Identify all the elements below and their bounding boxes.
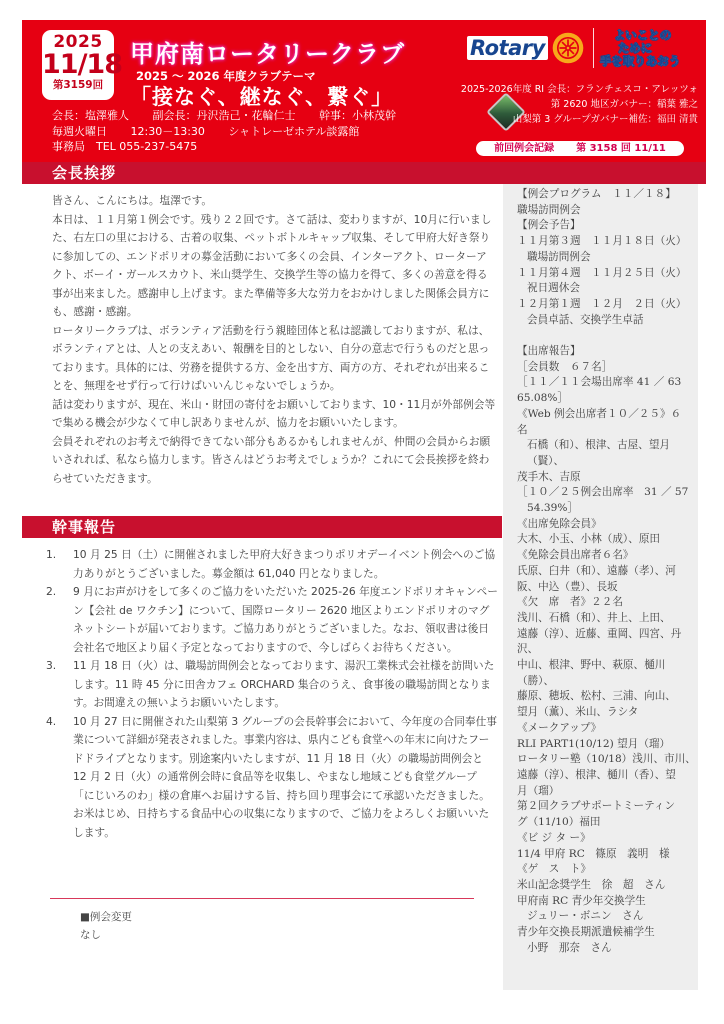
sidebar-line: 石橋（和）、根津、古屋、望月（賢）、 xyxy=(517,438,698,469)
logo-divider xyxy=(593,28,594,68)
meeting-number: 第3159回 xyxy=(42,78,114,92)
date-badge: 2025 11/18 第3159回 xyxy=(42,30,114,100)
sidebar-line: 大木、小玉、小林（成）、原田 xyxy=(517,532,698,548)
sidebar-line: 氏原、臼井（和）、遠藤（孝）、河 xyxy=(517,564,698,580)
sidebar-line: 会員卓話、交換学生卓話 xyxy=(517,313,698,329)
sidebar-line: ロータリー塾（10/18）浅川、市川、 xyxy=(517,752,698,768)
report-item: 4. 10 月 27 日に開催された山梨第 3 グループの会長幹事会において、今… xyxy=(46,713,498,843)
rotary-slogan: よいことの ために 手を取りあおう xyxy=(600,29,681,68)
sidebar-line: 第２回クラブサポートミーティン xyxy=(517,799,698,815)
greeting-paragraph: 会員それぞれのお考えで納得できてない部分もあるかもしれませんが、仲間の会員からお… xyxy=(52,433,497,489)
ri-president: 2025-2026年度 RI 会長：フランチェスコ・アレッツォ xyxy=(461,82,698,97)
sidebar-line: 65.08%］ xyxy=(517,391,698,407)
sidebar-line: 《欠 席 者》２２名 xyxy=(517,595,698,611)
rotary-logo: Rotary よいことの ために 手を取りあおう xyxy=(467,28,680,68)
sidebar-line: 【例会プログラム １１／１８】 xyxy=(517,187,698,203)
sidebar-line: 祝日週休会 xyxy=(517,281,698,297)
sidebar-line: 《出席免除会員》 xyxy=(517,517,698,533)
report-item: 3. 11 月 18 日（火）は、職場訪問例会となっております、湯沢工業株式会社… xyxy=(46,657,498,713)
date-month-day: 11/18 xyxy=(42,51,114,78)
sidebar-line: 青少年交換長期派遣候補学生 xyxy=(517,925,698,941)
sidebar-line: １１月第４週 １１月２５日（火） xyxy=(517,266,698,282)
club-theme: 「接なぐ、継なぐ、繋ぐ」 xyxy=(130,81,393,111)
greeting-paragraph: ロータリークラブは、ボランティア活動を行う親睦団体と私は認識しておりますが、私は… xyxy=(52,322,497,396)
ri-officers: 2025-2026年度 RI 会長：フランチェスコ・アレッツォ 第 2620 地… xyxy=(461,82,698,127)
meeting-day: 毎週火曜日 xyxy=(52,124,107,140)
sidebar-line: ［１１／１１会場出席率 41 ／ 63 xyxy=(517,375,698,391)
sidebar-line: １２月第１週 １２月 ２日（火） xyxy=(517,297,698,313)
report-item: 1. 10 月 25 日（土）に開催されました甲府大好きまつりポリオデーイベント… xyxy=(46,546,498,583)
rotary-wheel-icon xyxy=(551,31,585,65)
sidebar-info-panel: 【例会プログラム １１／１８】職場訪問例会【例会予告】１１月第３週 １１月１８日… xyxy=(503,184,698,990)
sidebar-line: 藤原、穂坂、松村、三浦、向山、 xyxy=(517,689,698,705)
sidebar-line: 《ゲ ス ト》 xyxy=(517,862,698,878)
sidebar-line: 浅川、石橋（和）、井上、上田、 xyxy=(517,611,698,627)
sidebar-line: 《Web 例会出席者１０／２５》６ xyxy=(517,407,698,423)
president-greeting: 皆さん、こんにちは。塩澤です。 本日は、１１月第１例会です。残り２２回です。さて… xyxy=(52,192,497,488)
report-item: 2. 9 月にお声がけをして多くのご協力をいただいた 2025-26 年度エンド… xyxy=(46,583,498,657)
notice-body: なし xyxy=(80,926,132,944)
sidebar-line: 《メークアップ》 xyxy=(517,721,698,737)
president: 会長：塩澤雅人 xyxy=(52,108,129,124)
sidebar-line: 月（瑠） xyxy=(517,784,698,800)
greeting-paragraph: 皆さん、こんにちは。塩澤です。 xyxy=(52,192,497,211)
secretary-report-list: 1. 10 月 25 日（土）に開催されました甲府大好きまつりポリオデーイベント… xyxy=(46,546,498,842)
sidebar-line: 《免除会員出席者６名》 xyxy=(517,548,698,564)
meeting-change-notice: ■例会変更 なし xyxy=(80,908,132,944)
sidebar-line: 中山、根津、野中、萩原、樋川（勝）、 xyxy=(517,658,698,689)
office-phone: 事務局 TEL 055-237-5475 xyxy=(52,139,197,155)
newsletter-header: 2025 11/18 第3159回 甲府南ロータリークラブ 2025 ～ 202… xyxy=(22,20,706,162)
sidebar-line: 11/4 甲府 RC 篠原 義明 様 xyxy=(517,847,698,863)
sidebar-line: ジュリー・ボニン さん xyxy=(517,909,698,925)
sidebar-line: 阪、中込（豊）、長坂 xyxy=(517,580,698,596)
sidebar-line: ［会員数 ６７名］ xyxy=(517,360,698,376)
group-assistant-governor: 山梨第 3 グループガバナー補佐：福田 清貴 xyxy=(461,112,698,127)
officers-info: 会長：塩澤雅人 副会長：丹沢浩己・花輪仁士 幹事：小林茂幹 毎週火曜日 12:3… xyxy=(52,108,416,155)
sidebar-line: 甲府南 RC 青少年交換学生 xyxy=(517,894,698,910)
sidebar-line: 職場訪問例会 xyxy=(517,203,698,219)
greeting-paragraph: 話は変わりますが、現在、米山・財団の寄付をお願いしております、10・11月が外部… xyxy=(52,396,497,433)
section-divider xyxy=(50,898,474,899)
sidebar-line: 《ビ ジ タ ー》 xyxy=(517,831,698,847)
sidebar-line: 望月（薫）、米山、ラシタ xyxy=(517,705,698,721)
club-name: 甲府南ロータリークラブ xyxy=(130,34,405,69)
previous-meeting-record: 前回例会記録 第 3158 回 11/11 xyxy=(476,141,684,156)
sidebar-line: 茂手木、吉原 xyxy=(517,470,698,486)
sidebar-line: ［１０／２５例会出席率 31 ／ 57 xyxy=(517,485,698,501)
section-title-greeting: 会長挨拶 xyxy=(22,162,706,184)
vice-president: 副会長：丹沢浩己・花輪仁士 xyxy=(153,108,296,124)
sidebar-line: 54.39%］ xyxy=(517,501,698,517)
sidebar-line: 米山記念奨学生 徐 超 さん xyxy=(517,878,698,894)
notice-title: ■例会変更 xyxy=(80,908,132,926)
sidebar-line xyxy=(517,328,698,344)
section-title-secretary-report: 幹事報告 xyxy=(22,516,502,538)
sidebar-line: グ（11/10）福田 xyxy=(517,815,698,831)
meeting-venue: シャトレーゼホテル談露館 xyxy=(228,124,359,140)
sidebar-line: 名 xyxy=(517,423,698,439)
sidebar-line: RLI PART1(10/12) 望月（瑠） xyxy=(517,737,698,753)
rotary-wordmark: Rotary xyxy=(467,36,548,60)
sidebar-line: 【出席報告】 xyxy=(517,344,698,360)
secretary: 幹事：小林茂幹 xyxy=(319,108,396,124)
sidebar-line: 職場訪問例会 xyxy=(517,250,698,266)
sidebar-line: １１月第３週 １１月１８日（火） xyxy=(517,234,698,250)
meeting-time: 12:30－13:30 xyxy=(131,124,205,140)
greeting-paragraph: 本日は、１１月第１例会です。残り２２回です。さて話は、変わりますが、10月に行い… xyxy=(52,211,497,322)
sidebar-line: 遠藤（淳）、根津、樋川（香）、望 xyxy=(517,768,698,784)
sidebar-line: 【例会予告】 xyxy=(517,218,698,234)
sidebar-line: 小野 那奈 さん xyxy=(517,941,698,957)
district-governor: 第 2620 地区ガバナー：稲葉 雅之 xyxy=(461,97,698,112)
sidebar-line: 遠藤（淳）、近藤、重岡、四宮、丹沢、 xyxy=(517,627,698,658)
